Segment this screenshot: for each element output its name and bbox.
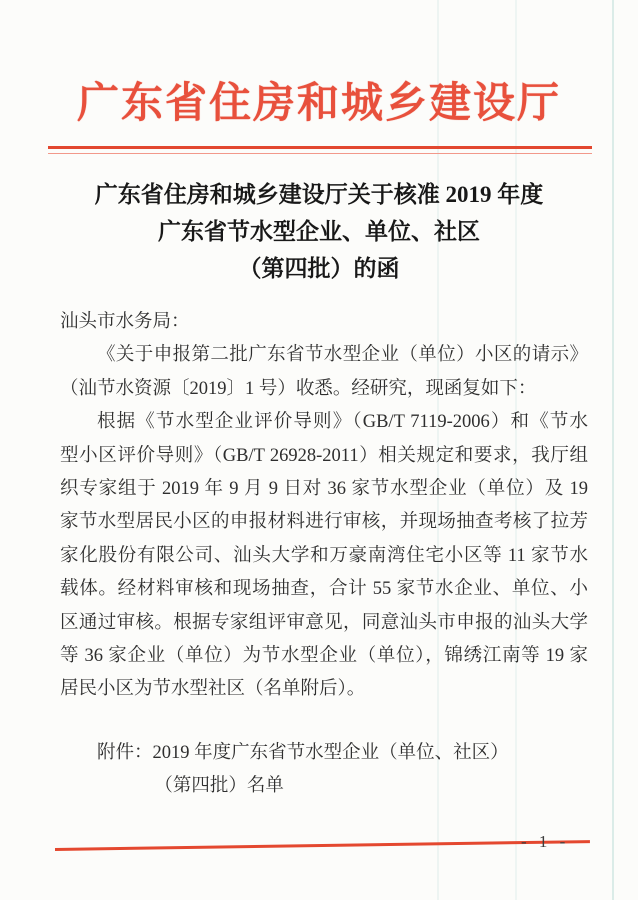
body-line: 家节水型居民小区的申报材料进行审核，并现场抽查考核了拉芳 — [60, 506, 588, 539]
body-line: 型小区评价导则》（GB/T 26928-2011）相关规定和要求，我厅组 — [60, 440, 588, 473]
divider-thick-line — [48, 146, 592, 149]
letterhead-org-name: 广东省住房和城乡建设厅 — [0, 70, 638, 130]
document-title-line: （第四批）的函 — [0, 250, 638, 287]
attachment-line: （第四批）名单 — [60, 770, 588, 803]
salutation: 汕头市水务局： — [60, 306, 588, 339]
document-title: 广东省住房和城乡建设厅关于核准 2019 年度 广东省节水型企业、单位、社区 （… — [0, 176, 638, 287]
body-line: 载体。经材料审核和现场抽查，合计 55 家节水企业、单位、小 — [60, 573, 588, 606]
letterhead-divider — [48, 146, 592, 154]
body-line: 织专家组于 2019 年 9 月 9 日对 36 家节水型企业（单位）及 19 — [60, 473, 588, 506]
body-line: 《关于申报第二批广东省节水型企业（单位）小区的请示》 — [60, 339, 588, 372]
document-body: 汕头市水务局： 《关于申报第二批广东省节水型企业（单位）小区的请示》 （汕节水资… — [60, 306, 588, 804]
document-title-line: 广东省住房和城乡建设厅关于核准 2019 年度 — [0, 176, 638, 213]
divider-thin-line — [48, 153, 592, 154]
scan-streak — [612, 0, 614, 900]
page-number: - 1 - — [521, 832, 569, 852]
body-line: 区通过审核。根据专家组评审意见，同意汕头市申报的汕头大学 — [60, 607, 588, 640]
body-line: （汕节水资源〔2019〕1 号）收悉。经研究，现函复如下： — [60, 373, 588, 406]
body-line: 家化股份有限公司、汕头大学和万豪南湾住宅小区等 11 家节水 — [60, 540, 588, 573]
document-title-line: 广东省节水型企业、单位、社区 — [0, 213, 638, 250]
body-line: 根据《节水型企业评价导则》（GB/T 7119-2006）和《节水 — [60, 406, 588, 439]
body-line: 等 36 家企业（单位）为节水型企业（单位），锦绣江南等 19 家 — [60, 640, 588, 673]
body-line: 居民小区为节水型社区（名单附后）。 — [60, 673, 588, 706]
footer-rule — [55, 840, 590, 850]
attachment-line: 附件：2019 年度广东省节水型企业（单位、社区） — [60, 737, 588, 770]
scanned-document-page: 广东省住房和城乡建设厅 广东省住房和城乡建设厅关于核准 2019 年度 广东省节… — [0, 0, 638, 900]
